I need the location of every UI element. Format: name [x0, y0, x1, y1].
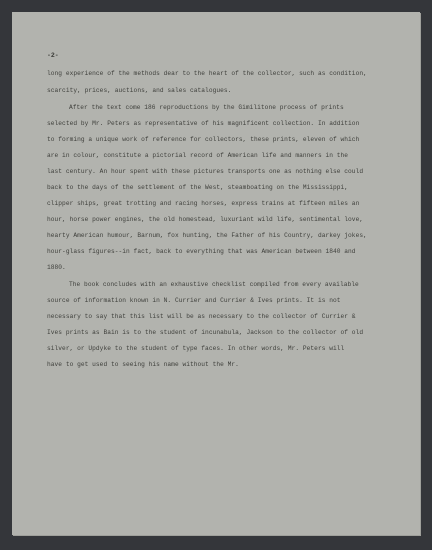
- typewritten-page: -2- long experience of the methods dear …: [12, 12, 420, 535]
- text-line: scarcity, prices, auctions, and sales ca…: [47, 87, 231, 95]
- text-line: to forming a unique work of reference fo…: [47, 136, 359, 144]
- text-line: back to the days of the settlement of th…: [47, 184, 348, 192]
- text-line: are in colour, constitute a pictorial re…: [47, 152, 348, 160]
- text-line: source of information known in N. Currie…: [47, 297, 341, 305]
- text-line: last century. An hour spent with these p…: [47, 168, 363, 176]
- text-line: selected by Mr. Peters as representative…: [47, 120, 359, 128]
- text-line: have to get used to seeing his name with…: [47, 361, 239, 369]
- text-line: long experience of the methods dear to t…: [47, 70, 367, 78]
- text-line: After the text come 186 reproductions by…: [69, 104, 344, 112]
- text-line: silver, or Updyke to the student of type…: [47, 345, 344, 353]
- text-line: necessary to say that this list will be …: [47, 313, 356, 321]
- text-line: The book concludes with an exhaustive ch…: [69, 281, 359, 289]
- text-line: hour-glass figures--in fact, back to eve…: [47, 248, 356, 256]
- text-line: Ives prints as Bain is to the student of…: [47, 329, 363, 337]
- text-line: 1880.: [47, 264, 66, 272]
- text-line: clipper ships, great trotting and racing…: [47, 200, 359, 208]
- page-number: -2-: [47, 52, 59, 59]
- text-line: hearty American humour, Barnum, fox hunt…: [47, 232, 367, 240]
- text-line: hour, horse power engines, the old homes…: [47, 216, 363, 224]
